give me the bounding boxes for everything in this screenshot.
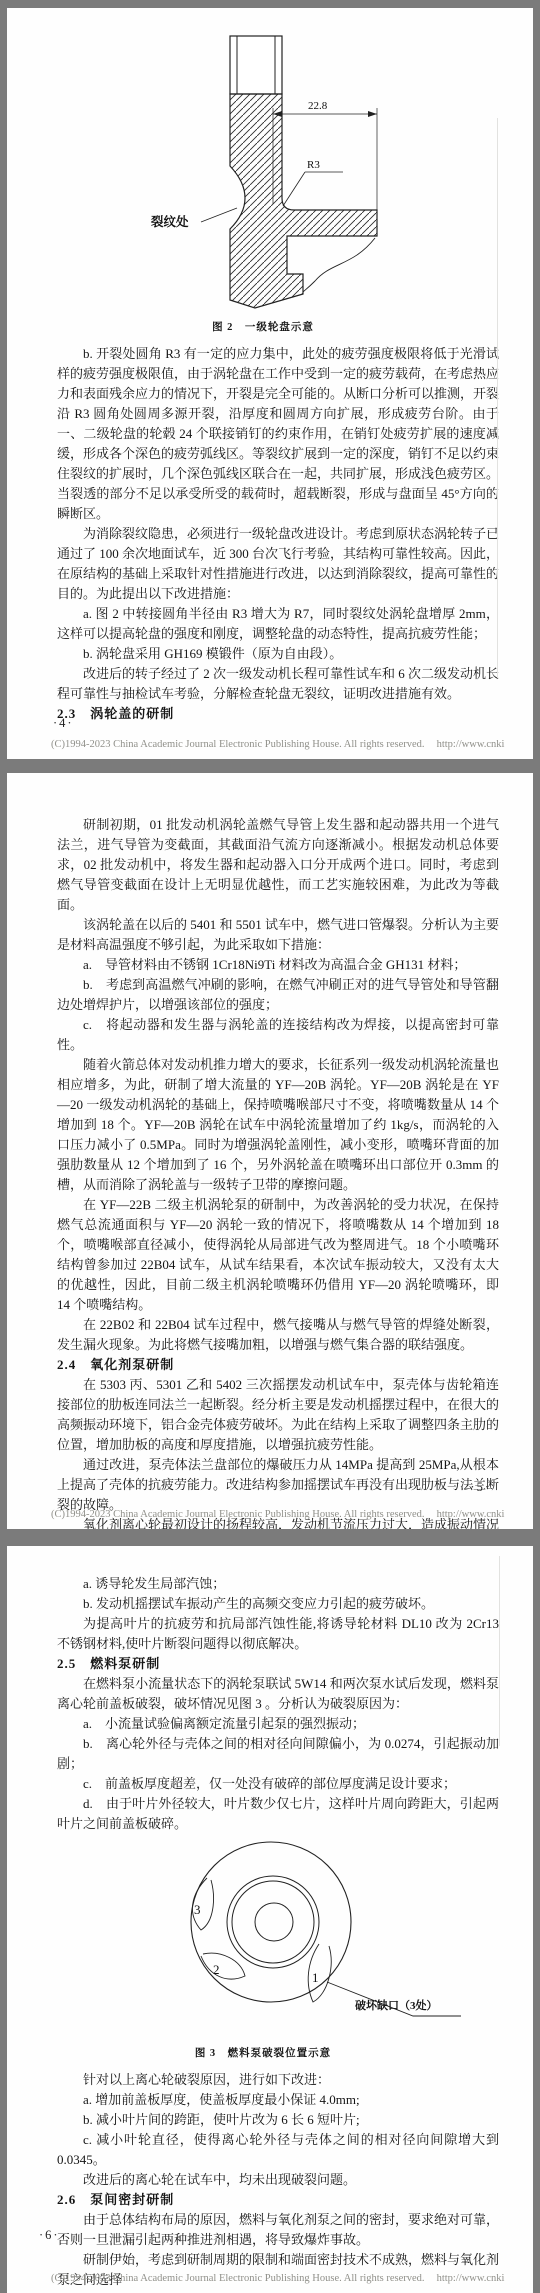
paragraph: 该涡轮盖在以后的 5401 和 5501 试车中，燃气进口管爆裂。分析认为主要是… <box>57 915 499 955</box>
figure-2: 22.8 R3 裂纹处 图 2 一级轮盘示意 <box>57 24 499 338</box>
turbine-disc-section-drawing: 22.8 R3 裂纹处 <box>145 24 445 314</box>
paragraph: 为消除裂纹隐患，必须进行一级轮盘改进设计。考虑到原状态涡轮转子已通过了 100 … <box>57 524 499 604</box>
list-item: c. 将起动器和发生器与涡轮盖的连接结构改为焊接，以提高密封可靠性。 <box>57 1015 499 1055</box>
list-item: b. 减小叶片间的跨距，使叶片改为 6 长 6 短叶片; <box>57 2110 499 2130</box>
notch-1-number: 1 <box>312 1970 319 1985</box>
list-item: b. 涡轮盘采用 GH169 模锻件（原为自由段）。 <box>57 644 499 664</box>
pump-impeller-crack-drawing: 3 2 1 破坏缺口（3处） <box>121 1840 466 2040</box>
damage-notch-label: 破坏缺口（3处） <box>355 1998 438 2012</box>
figure-3-caption: 图 3 燃料泵破裂位置示意 <box>57 2044 469 2064</box>
publisher-url: http://www.cnki <box>437 739 505 750</box>
list-item: c. 减小叶轮直径，使得离心轮外径与壳体之间的相对径向间隙增大到 0.0345。 <box>57 2130 499 2170</box>
paragraph: 在燃料泵小流量状态下的涡轮泵联试 5W14 和两次泵水试后发现，燃料泵离心轮前盖… <box>57 1674 499 1714</box>
page-number: ·6· <box>39 2228 60 2243</box>
list-item: a. 小流量试验偏离额定流量引起泵的强烈振动； <box>57 1714 499 1734</box>
copyright-text: (C)1994-2023 China Academic Journal Elec… <box>51 2273 425 2284</box>
copyright-text: (C)1994-2023 China Academic Journal Elec… <box>51 739 425 750</box>
radius-r3-label: R3 <box>307 159 320 171</box>
scan-artifact-line <box>499 1556 500 1746</box>
paragraph: 研制伊始，考虑到研制周期的限制和端面密封技术不成熟，燃料与氧化剂泵之间选择 <box>57 2250 499 2290</box>
publisher-url: http://www.cnki <box>437 1509 505 1520</box>
list-item: a. 增加前盖板厚度，使盖板厚度最小保证 4.0mm; <box>57 2090 499 2110</box>
section-heading-2-4: 2.4 氧化剂泵研制 <box>57 1355 499 1375</box>
paragraph: 在 5303 丙、5301 乙和 5402 三次摇摆发动机试车中，泵壳体与齿轮箱… <box>57 1375 499 1455</box>
scan-artifact-line <box>497 118 498 678</box>
page-number: ·4· <box>53 716 74 731</box>
section-heading-2-3: 2.3 涡轮盖的研制 <box>57 704 499 724</box>
list-item: b. 离心轮外径与壳体之间的相对径向间隙偏小，为 0.0274，引起振动加剧； <box>57 1734 499 1774</box>
list-item: a. 诱导轮发生局部汽蚀； <box>57 1574 499 1594</box>
notch-2-number: 2 <box>213 1962 220 1977</box>
paragraph: 改进后的转子经过了 2 次一级发动机长程可靠性试车和 6 次二级发动机长程可靠性… <box>57 664 499 704</box>
copyright-footer: (C)1994-2023 China Academic Journal Elec… <box>51 2273 533 2284</box>
paragraph: 改进后的离心轮在试车中，均未出现破裂问题。 <box>57 2170 499 2190</box>
figure-3: 3 2 1 破坏缺口（3处） 图 3 燃料泵破裂位置示意 <box>57 1840 499 2064</box>
page-number: ·5· <box>470 1480 491 1495</box>
notch-3-number: 3 <box>194 1902 201 1917</box>
list-item: a. 导管材料由不锈钢 1Cr18Ni9Ti 材料改为高温合金 GH131 材料… <box>57 955 499 975</box>
paragraph: 通过改进，泵壳体法兰盘部位的爆破压力从 14MPa 提高到 25MPa,从根本上… <box>57 1455 499 1515</box>
paragraph: 研制初期，01 批发动机涡轮盖燃气导管上发生器和起动器共用一个进气法兰，进气导管… <box>57 815 499 915</box>
document-viewer: { "footer": { "copyright": "(C)1994-2023… <box>0 0 540 2293</box>
list-item: d. 由于叶片外径较大，叶片数少仅七片，这样叶片周向跨距大，引起两叶片之间前盖板… <box>57 1794 499 1834</box>
list-item: c. 前盖板厚度超差，仅一处没有破碎的部位厚度满足设计要求； <box>57 1774 499 1794</box>
paragraph: 由于总体结构布局的原因，燃料与氧化剂泵之间的密封，要求绝对可靠，否则一旦泄漏引起… <box>57 2210 499 2250</box>
paragraph: 为提高叶片的抗疲劳和抗局部汽蚀性能,将诱导轮材料 DL10 改为 2Cr13 不… <box>57 1614 499 1654</box>
paragraph: b. 开裂处圆角 R3 有一定的应力集中，此处的疲劳强度极限将低于光滑试样的疲劳… <box>57 344 499 524</box>
paragraph: 随着火箭总体对发动机推力增大的要求，长征系列一级发动机涡轮流量也相应增多，为此，… <box>57 1055 499 1195</box>
section-heading-2-5: 2.5 燃料泵研制 <box>57 1654 499 1674</box>
page-scan-4: 22.8 R3 裂纹处 图 2 一级轮盘示意 b. 开裂处圆角 R3 有一定的应… <box>7 8 533 759</box>
list-item: a. 图 2 中转接圆角半径由 R3 增大为 R7，同时裂纹处涡轮盘增厚 2mm… <box>57 604 499 644</box>
list-item: b. 发动机摇摆试车振动产生的高频交变应力引起的疲劳破坏。 <box>57 1594 499 1614</box>
page-scan-6: a. 诱导轮发生局部汽蚀； b. 发动机摇摆试车振动产生的高频交变应力引起的疲劳… <box>7 1546 533 2293</box>
list-item: b. 考虑到高温燃气冲刷的影响，在燃气冲刷正对的进气导管处和导管翻边处增焊护片，… <box>57 975 499 1015</box>
figure-2-caption: 图 2 一级轮盘示意 <box>57 318 469 338</box>
crack-location-label: 裂纹处 <box>151 214 189 229</box>
paragraph: 在 22B02 和 22B04 试车过程中，燃气接嘴从与燃气导管的焊缝处断裂，发… <box>57 1315 499 1355</box>
page-scan-5: 研制初期，01 批发动机涡轮盖燃气导管上发生器和起动器共用一个进气法兰，进气导管… <box>7 773 533 1529</box>
section-heading-2-6: 2.6 泵间密封研制 <box>57 2190 499 2210</box>
copyright-footer: (C)1994-2023 China Academic Journal Elec… <box>51 1509 533 1520</box>
paragraph: 针对以上离心轮破裂原因，进行如下改进： <box>57 2070 499 2090</box>
copyright-text: (C)1994-2023 China Academic Journal Elec… <box>51 1509 425 1520</box>
paragraph: 在 YF—22B 二级主机涡轮泵的研制中，为改善涡轮的受力状况，在保持燃气总流通… <box>57 1195 499 1315</box>
copyright-footer: (C)1994-2023 China Academic Journal Elec… <box>51 739 533 750</box>
dim-22-8-label: 22.8 <box>308 100 328 112</box>
publisher-url: http://www.cnki <box>437 2273 505 2284</box>
